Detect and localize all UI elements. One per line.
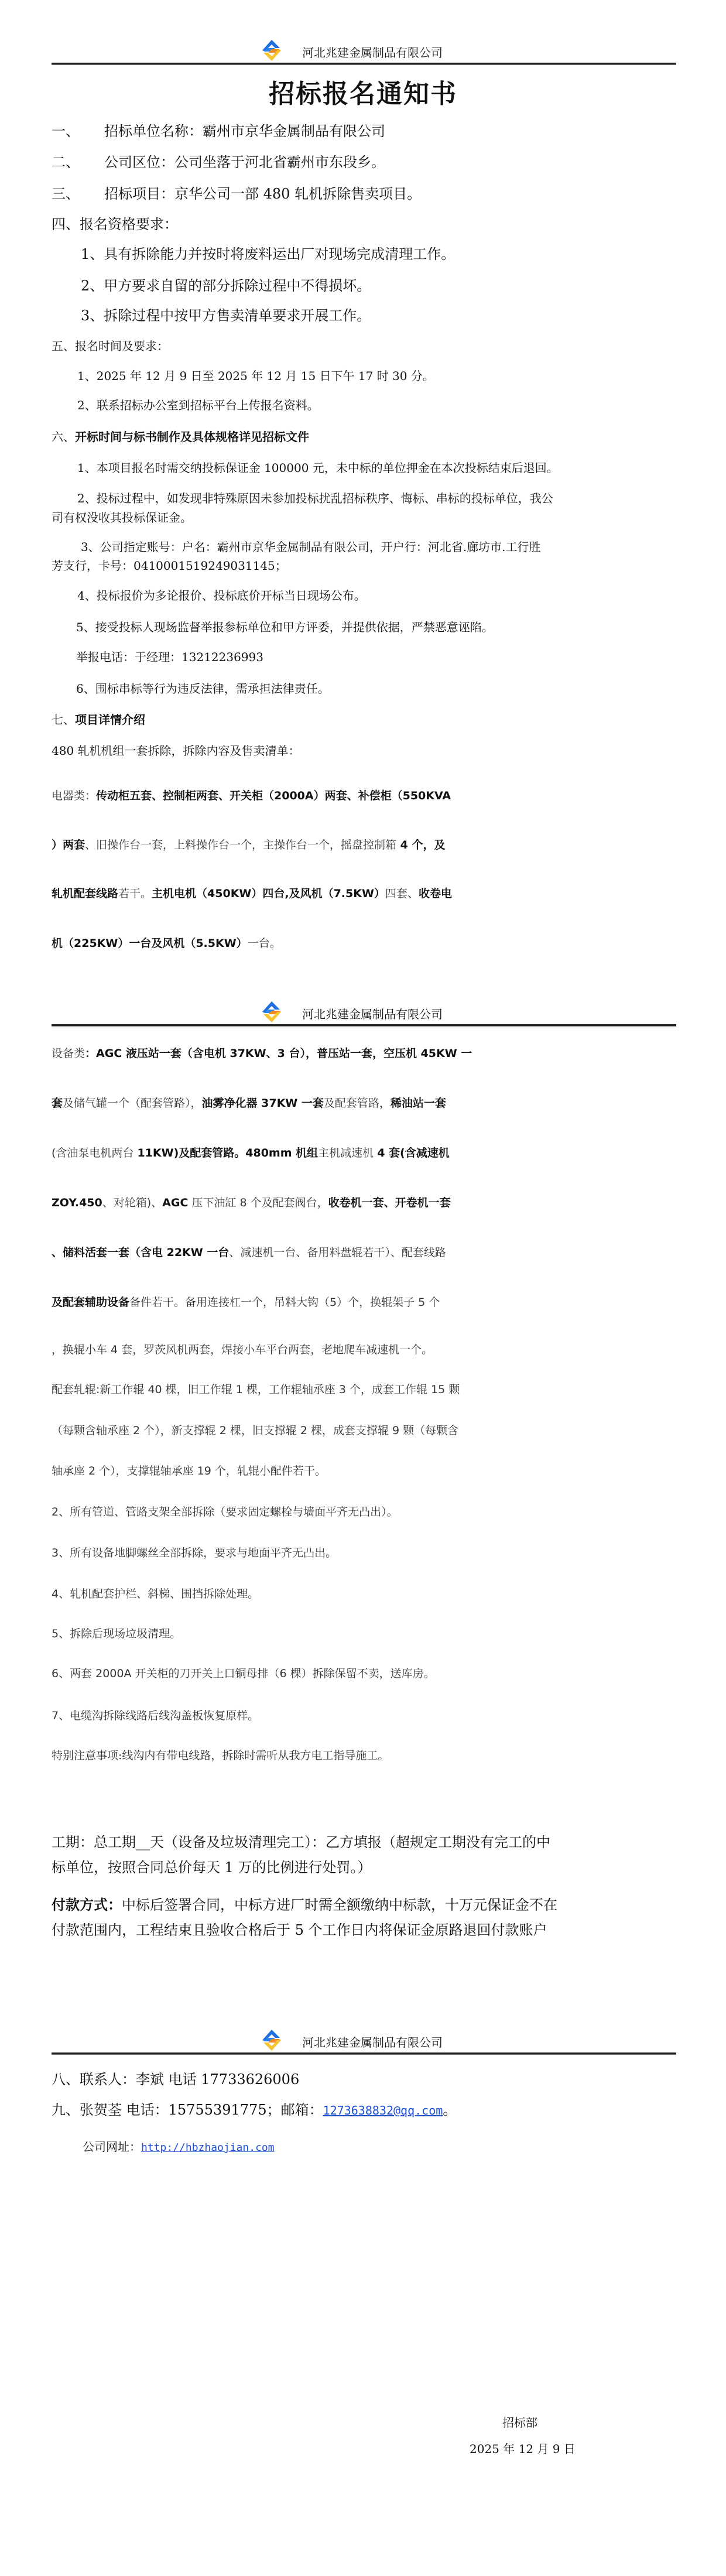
equipment-line-7: ，换辊小车 4 套，罗茨风机两套，焊接小车平台两套，老地爬车减速机一个。 bbox=[52, 1341, 433, 1357]
section-4-item-2: 2、甲方要求自留的部分拆除过程中不得损坏。 bbox=[81, 274, 371, 295]
company-logo-icon bbox=[260, 2028, 283, 2052]
section-7-intro: 480 轧机机组一套拆除，拆除内容及售卖清单： bbox=[52, 741, 300, 758]
header-divider bbox=[52, 1024, 676, 1027]
section-4-item-1: 1、具有拆除能力并按时将废料运出厂对现场完成清理工作。 bbox=[81, 242, 455, 263]
company-website: 公司网址：http://hbzhaojian.com bbox=[83, 2137, 275, 2154]
schedule-line-1: 工期：总工期__天（设备及垃圾清理完工）：乙方填报（超规定工期没有完工的中 bbox=[52, 1831, 550, 1851]
project-item-6: 6、两套 2000A 开关柜的刀开关上口铜母排（6 棵）拆除保留不卖，送库房。 bbox=[52, 1665, 435, 1681]
section-6-item-3-line-1: 3、公司指定账号：户名：霸州市京华金属制品有限公司，开户行：河北省.廊坊市.工行… bbox=[81, 538, 540, 555]
page-title: 招标报名通知书 bbox=[0, 73, 726, 110]
contact-8: 八、联系人：李斌 电话 17733626006 bbox=[52, 2068, 299, 2088]
company-name: 河北兆建金属制品有限公司 bbox=[302, 1005, 443, 1022]
electrical-line-4: 机（225KW）一台及风机（5.5KW）一台。 bbox=[52, 935, 281, 950]
intro-item-1: 一、招标单位名称：霸州市京华金属制品有限公司 bbox=[52, 119, 385, 140]
page-header-3: 河北兆建金属制品有限公司 bbox=[52, 2028, 676, 2055]
project-item-3: 3、所有设备地脚螺丝全部拆除，要求与地面平齐无凸出。 bbox=[52, 1544, 337, 1560]
email-link[interactable]: 1273638832@qq.com bbox=[323, 2103, 443, 2117]
section-5-item-2: 2、联系招标办公室到招标平台上传报名资料。 bbox=[77, 396, 319, 413]
contact-9: 九、张贺荃 电话：15755391775；邮箱：1273638832@qq.co… bbox=[52, 2098, 457, 2119]
electrical-line-2: ）两套、旧操作台一套，上料操作台一个，主操作台一个，摇盘控制箱 4 个，及 bbox=[52, 836, 445, 852]
section-5-heading: 五、报名时间及要求： bbox=[52, 337, 169, 354]
signature-dept: 招标部 bbox=[502, 2413, 537, 2430]
section-6-item-1: 1、本项目报名时需交纳投标保证金 100000 元，未中标的单位押金在本次投标结… bbox=[77, 459, 559, 475]
equipment-line-6: 及配套辅助设备备件若干。备用连接杠一个，吊料大钩（5）个，换辊架子 5 个 bbox=[52, 1294, 440, 1309]
page-header-2: 河北兆建金属制品有限公司 bbox=[52, 1000, 676, 1027]
company-logo-icon bbox=[260, 39, 283, 62]
company-name: 河北兆建金属制品有限公司 bbox=[302, 2033, 443, 2050]
special-note: 特别注意事项:线沟内有带电线路，拆除时需听从我方电工指导施工。 bbox=[52, 1747, 389, 1763]
section-4-item-3: 3、拆除过程中按甲方售卖清单要求开展工作。 bbox=[81, 304, 371, 324]
rolls-line-2: （每颗含轴承座 2 个），新支撑辊 2 棵，旧支撑辊 2 棵，成套支撑辊 9 颗… bbox=[52, 1422, 458, 1438]
payment-line-1: 付款方式：中标后签署合同，中标方进厂时需全额缴纳中标款，十万元保证金不在 bbox=[52, 1893, 557, 1914]
company-logo-icon bbox=[260, 1000, 283, 1024]
section-6-item-2-line-2: 司有权没收其投标保证金。 bbox=[52, 508, 192, 525]
project-item-7: 7、电缆沟拆除线路后线沟盖板恢复原样。 bbox=[52, 1707, 259, 1723]
website-link[interactable]: http://hbzhaojian.com bbox=[141, 2141, 275, 2154]
section-6-item-4: 4、投标报价为多论报价、投标底价开标当日现场公布。 bbox=[77, 586, 366, 603]
electrical-line-1: 电器类：传动柜五套、控制柜两套、开关柜（2000A）两套、补偿柜（550KVA bbox=[52, 787, 451, 803]
header-divider bbox=[52, 2052, 676, 2055]
section-6-item-5: 5、接受投标人现场监督举报参标单位和甲方评委，并提供依据，严禁恶意诬陷。 bbox=[76, 618, 494, 635]
page-header: 河北兆建金属制品有限公司 bbox=[52, 39, 676, 66]
payment-line-2: 付款范围内，工程结束且验收合格后于 5 个工作日内将保证金原路退回付款账户 bbox=[52, 1918, 547, 1939]
section-4-heading: 四、报名资格要求： bbox=[52, 213, 178, 233]
section-5-item-1: 1、2025 年 12 月 9 日至 2025 年 12 月 15 日下午 17… bbox=[77, 367, 434, 384]
report-phone: 举报电话：于经理：13212236993 bbox=[76, 648, 263, 665]
electrical-line-3: 轧机配套线路若干。主机电机（450KW）四台,及风机（7.5KW）四套、收卷电 bbox=[52, 885, 452, 901]
section-7-heading: 七、项目详情介绍 bbox=[52, 710, 145, 727]
project-item-5: 5、拆除后现场垃圾清理。 bbox=[52, 1625, 181, 1641]
schedule-line-2: 标单位，按照合同总价每天 1 万的比例进行处罚。） bbox=[52, 1856, 372, 1876]
equipment-line-5: 、储料活套一套（含电 22KW 一台、减速机一台、备用料盘辊若干）、配套线路 bbox=[52, 1244, 446, 1260]
signature-date: 2025 年 12 月 9 日 bbox=[470, 2440, 576, 2457]
intro-item-3: 三、招标项目：京华公司一部 480 轧机拆除售卖项目。 bbox=[52, 182, 421, 203]
section-6-item-2-line-1: 2、投标过程中，如发现非特殊原因未参加投标扰乱招标秩序、悔标、串标的投标单位，我… bbox=[77, 489, 553, 506]
equipment-line-4: ZOY.450、对轮箱)、AGC 压下油缸 8 个及配套阀台，收卷机一套、开卷机… bbox=[52, 1194, 451, 1210]
section-6-heading: 六、开标时间与标书制作及具体规格详见招标文件 bbox=[52, 427, 309, 444]
equipment-line-1: 设备类：AGC 液压站一套（含电机 37KW、3 台），普压站一套，空压机 45… bbox=[52, 1045, 472, 1060]
intro-item-2: 二、公司区位：公司坐落于河北省霸州市东段乡。 bbox=[52, 150, 385, 171]
rolls-line-1: 配套轧辊:新工作辊 40 棵，旧工作辊 1 棵，工作辊轴承座 3 个，成套工作辊… bbox=[52, 1381, 460, 1397]
header-divider bbox=[52, 63, 676, 65]
project-item-2: 2、所有管道、管路支架全部拆除（要求固定螺栓与墙面平齐无凸出）。 bbox=[52, 1503, 398, 1519]
equipment-line-2: 套及储气罐一个（配套管路），油雾净化器 37KW 一套及配套管路，稀油站一套 bbox=[52, 1094, 446, 1110]
equipment-line-3: (含油泵电机两台 11KW)及配套管路。480mm 机组主机减速机 4 套(含减… bbox=[52, 1144, 450, 1160]
rolls-line-3: 轴承座 2 个），支撑辊轴承座 19 个，轧辊小配件若干。 bbox=[52, 1462, 326, 1478]
section-6-item-3-line-2: 芳支行，卡号：0410001519249031145； bbox=[52, 556, 287, 573]
section-6-item-6: 6、围标串标等行为违反法律，需承担法律责任。 bbox=[76, 679, 330, 696]
project-item-4: 4、轧机配套护栏、斜梯、围挡拆除处理。 bbox=[52, 1585, 259, 1601]
company-name: 河北兆建金属制品有限公司 bbox=[302, 43, 443, 60]
